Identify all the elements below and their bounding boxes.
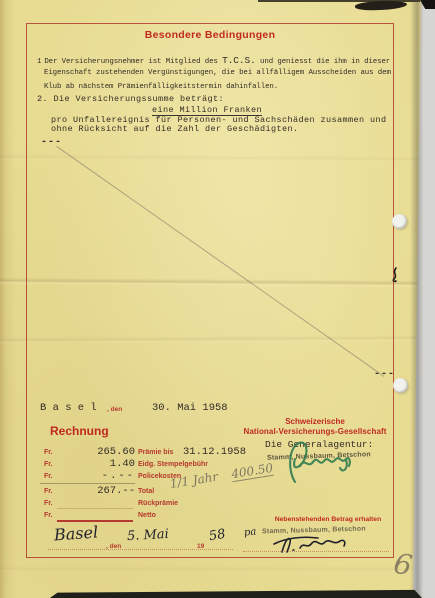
netto-underline (57, 520, 133, 522)
receipt-signature-ink (272, 533, 352, 557)
typed-date: 30. Mai 1958 (152, 402, 228, 414)
typed-city: B a s e l (40, 402, 97, 414)
row-currency: Fr. (44, 449, 53, 456)
row-label: Prämie bis (138, 449, 173, 456)
punch-hole-bottom (393, 378, 408, 393)
agent-signature-green-ink (283, 439, 363, 485)
receipt-label: Nebenstehenden Betrag erhalten (268, 516, 388, 523)
paper-crease (0, 566, 435, 573)
company-name-line-1: Schweizerische (240, 417, 390, 426)
condition-item-2-line-1: 2. Die Versicherungssumme beträgt: (37, 94, 224, 104)
printed-year-prefix: 19 (197, 543, 204, 550)
row-currency: Fr. (44, 488, 53, 495)
condition-item-1-number: 1 (37, 58, 41, 66)
scanned-document-photo: Besondere Bedingungen 1Der Versicherungs… (0, 0, 435, 598)
punch-hole-top (392, 214, 407, 229)
condition-item-1-line-1: 1Der Versicherungsnehmer ist Mitglied de… (37, 55, 390, 66)
dash-mark-right: --- (374, 369, 395, 380)
subtotal-separator-line (40, 483, 135, 484)
company-name-line-2: National-Versicherungs-Gesellschaft (225, 427, 405, 436)
date-dotted-line (48, 549, 233, 550)
handwritten-city: Basel (53, 522, 98, 544)
printed-den-label: , den (107, 406, 122, 413)
paper-sheet: Besondere Bedingungen 1Der Versicherungs… (0, 0, 435, 598)
condition-item-1-line-3: Klub ab nächstem Prämienfälligkeitstermi… (44, 83, 278, 91)
row-label: Rückprämie (138, 500, 178, 507)
row-currency: Fr. (44, 512, 53, 519)
printed-den-label-bottom: , den (106, 543, 121, 550)
paper-edge-shadow (410, 0, 426, 598)
signature-dotted-line (243, 551, 389, 552)
row-amount: -.-- (85, 470, 135, 482)
handwritten-year: 58 (208, 527, 227, 545)
page-title: Besondere Bedingungen (100, 29, 320, 41)
row-amount: 267.-- (85, 485, 135, 497)
per-handwritten: pa (243, 526, 256, 538)
row-extra-date: 31.12.1958 (183, 446, 246, 458)
ink-squiggle-mark (390, 266, 400, 284)
row-amount: 1.40 (85, 458, 135, 470)
row-currency: Fr. (44, 461, 53, 468)
invoice-title: Rechnung (50, 424, 109, 438)
row-label: Eidg. Stempelgebühr (138, 461, 208, 468)
condition-item-1-line-2: Eigenschaft zustehenden Vergünstigungen,… (44, 69, 391, 77)
row-currency: Fr. (44, 473, 53, 480)
rueckpraemie-blank-line (57, 508, 133, 509)
condition-item-2-line-3: ohne Rücksicht auf die Zahl der Geschädi… (51, 124, 299, 134)
handwritten-day: 5. Mai (127, 527, 169, 544)
row-label: Total (138, 488, 154, 495)
row-label: Netto (138, 512, 156, 519)
row-amount: 265.60 (85, 446, 135, 458)
typed-club-name: T.C.S. (222, 55, 256, 66)
row-currency: Fr. (44, 500, 53, 507)
